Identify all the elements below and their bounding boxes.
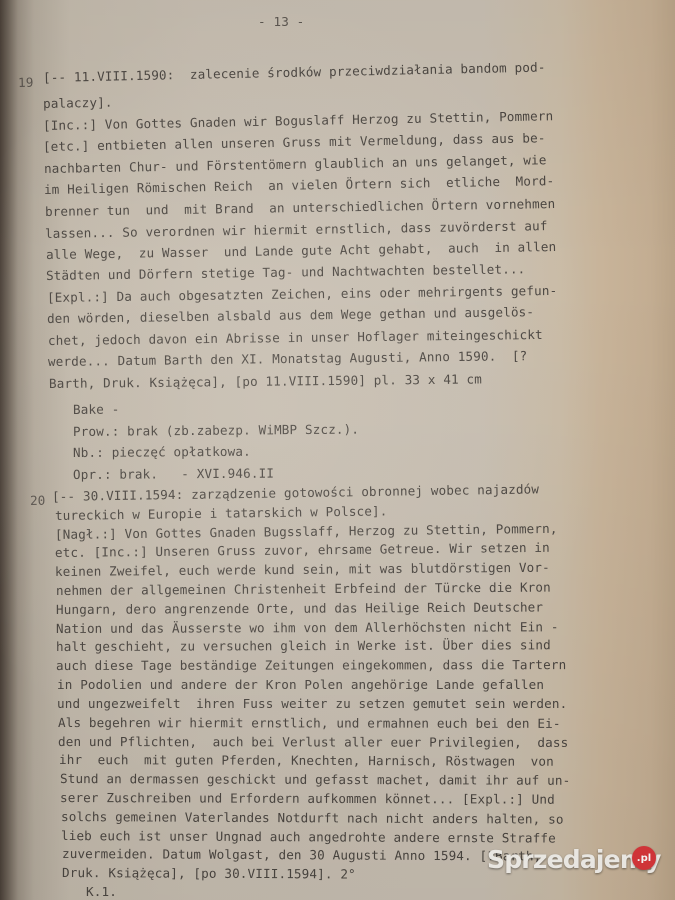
entry-line: Druk. Książęca], [po 30.VIII.1594]. 2°: [62, 865, 356, 882]
entry-note: Opr.: brak. - XVI.946.II: [73, 466, 274, 482]
entry-line: den und Pflichten, auch bei Verlust alle…: [58, 734, 568, 750]
entry-line: solchs gemeinen Vaterlandes Notdurft nac…: [61, 809, 564, 827]
entry-line: [-- 11.VIII.1590: zalecenie środków prze…: [43, 59, 546, 85]
entry-note: Nb.: pieczęć opłatkowa.: [73, 444, 251, 460]
entry-line: tureckich w Europie i tatarskich w Polsc…: [55, 503, 388, 523]
entry-note: K.1.: [86, 884, 117, 899]
entry-line: keinen Zweifel, euch werde kund sein, mi…: [55, 560, 550, 579]
entry-line: im Heiligen Römischen Reich an vielen Ör…: [44, 173, 555, 197]
entry-line: lieb euch ist unser Ungnad auch angedroh…: [61, 828, 556, 846]
entry-line: zuvermeiden. Datum Wolgast, den 30 Augus…: [62, 846, 541, 864]
entry-number: 20: [30, 493, 46, 508]
entry-line: [Expl.:] Da auch obgesatzten Zeichen, ei…: [47, 283, 557, 305]
entry-line: Hungarn, dero angrenzende Orte, und das …: [56, 599, 543, 617]
entry-line: [-- 30.VIII.1594: zarządzenie gotowości …: [52, 481, 539, 504]
entry-line: alle Wege, zu Wasser und Lande gute Acht…: [46, 239, 557, 262]
scanned-page: - 13 - 19 [-- 11.VIII.1590: zalecenie śr…: [0, 0, 675, 900]
entry-number: 19: [18, 75, 34, 90]
entry-line: [Inc.:] Von Gottes Gnaden wir Boguslaff …: [43, 108, 554, 133]
entry-line: nachbarten Chur- und Förstentömern glaub…: [44, 152, 547, 176]
entry-line: brenner tun und mit Brand an unterschied…: [45, 196, 556, 219]
entry-line: [Nagł.:] Von Gottes Gnaden Bugsslaff, He…: [55, 521, 558, 542]
entry-line: auch diese Tage beständige Zeitungen ein…: [56, 657, 566, 673]
entry-line: in Podolien und andere der Kron Polen an…: [57, 677, 544, 692]
entry-note: Prow.: brak (zb.zabezp. WiMBP Szcz.).: [73, 422, 359, 439]
entry-line: chet, jedoch davon ein Abrisse in unser …: [48, 327, 543, 348]
page-number: - 13 -: [258, 14, 304, 29]
entry-line: werde... Datum Barth den XI. Monatstag A…: [48, 348, 528, 369]
entry-line: Städten und Dörfern stetige Tag- und Nac…: [46, 261, 526, 283]
entry-line: [etc.] entbieten allen unseren Gruss mit…: [43, 130, 546, 154]
entry-line: den wörden, dieselben alsbald aus dem We…: [47, 304, 534, 326]
entry-note: Bake -: [73, 402, 120, 417]
watermark-badge: .pl: [632, 846, 656, 870]
entry-line: ihr euch mit guten Pferden, Knechten, Ha…: [59, 752, 554, 769]
entry-line: palaczy].: [43, 95, 113, 111]
entry-line: und ungezweifelt ihren Fuss weiter zu se…: [57, 696, 567, 711]
entry-line: Nation und das Äusserste wo ihm von dem …: [56, 619, 559, 636]
entry-line: serer Zuschreiben und Erfordern aufkomme…: [60, 790, 555, 807]
entry-line: lassen... So verordnen wir hiermit ernst…: [45, 218, 548, 241]
entry-line: halt geschieht, zu versuchen gleich in W…: [56, 637, 551, 654]
entry-line: Barth, Druk. Książęca], [po 11.VIII.1590…: [49, 371, 482, 391]
entry-line: Als begehren wir hiermit ernstlich, und …: [58, 715, 561, 731]
entry-line: etc. [Inc.:] Unseren Gruss zuvor, ehrsam…: [55, 540, 550, 560]
entry-line: Stund an dermassen geschickt und gefasst…: [60, 771, 570, 788]
entry-line: nehmen der allgemeinen Christenheit Erbf…: [56, 580, 551, 598]
